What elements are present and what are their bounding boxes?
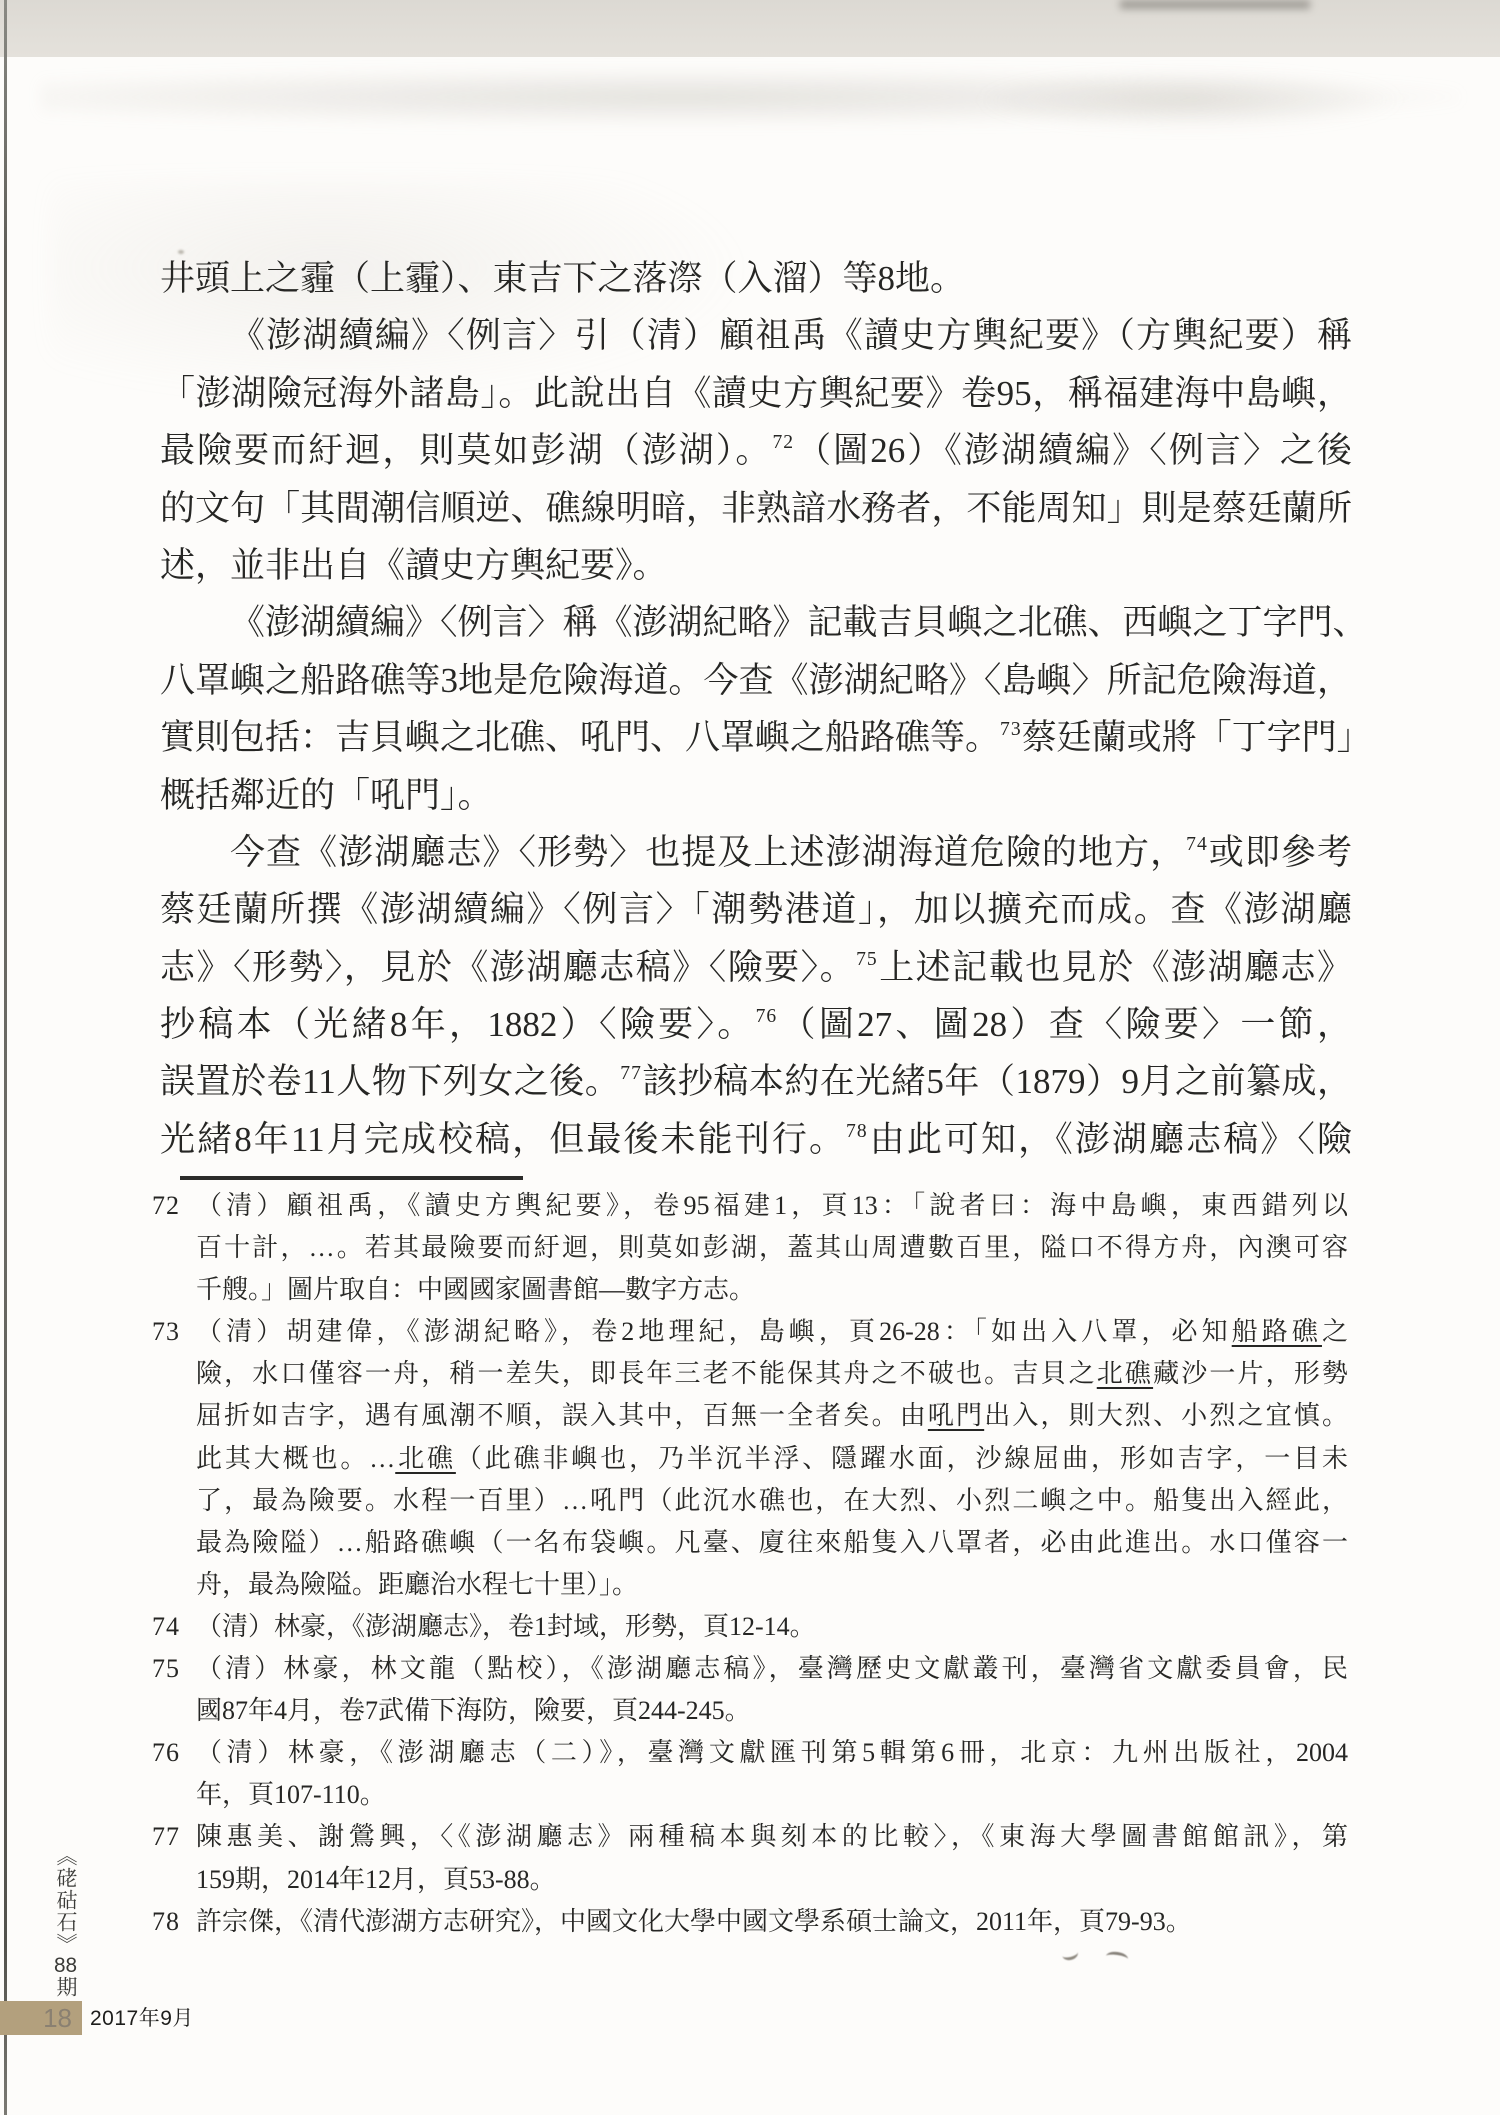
footnote-ref: 76 <box>756 1006 778 1027</box>
main-text-line: 最險要而紆迴，則莫如彭湖（澎湖）。72（圖26）《澎湖續編》〈例言〉之後 <box>160 422 1352 479</box>
main-text-line: 蔡廷蘭所撰《澎湖續編》〈例言〉「潮勢港道」，加以擴充而成。查《澎湖廳 <box>160 881 1352 938</box>
footnote-line: 屈折如吉字，遇有風潮不順，誤入其中，百無一全者矣。由吼門出入，則大烈、小烈之宜慎… <box>196 1395 1348 1437</box>
text-run: （清）胡建偉，《澎湖紀略》，卷2地理紀，島嶼，頁26-28：「如出入八罩，必知 <box>196 1317 1232 1346</box>
text-run: 實則包括：吉貝嶼之北礁、吼門、八罩嶼之船路礁等。 <box>160 718 1000 757</box>
main-text-line: 志》〈形勢〉，見於《澎湖廳志稿》〈險要〉。75上述記載也見於《澎湖廳志》 <box>160 939 1352 996</box>
footnote-number: 75 <box>152 1648 192 1690</box>
footnote-line: 此其大概也。…北礁（此礁非嶼也，乃半沉半浮、隱躍水面，沙線屈曲，形如吉字，一目未 <box>196 1438 1348 1480</box>
footnote-line: 舟，最為險隘。距廳治水程七十里）」。 <box>196 1564 1348 1606</box>
text-run: 159期，2014年12月，頁53-88。 <box>196 1865 556 1894</box>
text-run: 八罩嶼之船路礁等3地是危險海道。今查《澎湖紀略》〈島嶼〉所記危險海道， <box>160 661 1352 700</box>
text-run: （清）林豪，《澎湖廳志（二）》，臺灣文獻匯刊第5輯第6冊，北京：九州出版社，20… <box>196 1738 1348 1767</box>
main-text-line: 述，並非出自《讀史方輿紀要》。 <box>160 537 1352 594</box>
text-run: 了，最為險要。水程一百里）…吼門（此沉水礁也，在大烈、小烈二嶼之中。船隻出入經此… <box>196 1486 1348 1515</box>
footnote-ref: 75 <box>856 949 878 970</box>
footnote-ref: 72 <box>772 432 794 453</box>
underlined-term: 北礁 <box>395 1444 456 1473</box>
footnote-number: 78 <box>152 1901 192 1943</box>
scan-artifact <box>1105 1951 1128 1965</box>
scan-artifact <box>980 70 1400 130</box>
footnote-line: 72（清）顧祖禹，《讀史方輿紀要》，卷95福建1，頁13：「說者曰：海中島嶼，東… <box>196 1185 1348 1227</box>
main-text-line: 井頭上之霾（上霾）、東吉下之落漈（入溜）等8地。 <box>160 250 1352 307</box>
footnote-line: 百十計，…。若其最險要而紆迴，則莫如彭湖，蓋其山周遭數百里，隘口不得方舟，內澳可… <box>196 1227 1348 1269</box>
text-run: （此礁非嶼也，乃半沉半浮、隱躍水面，沙線屈曲，形如吉字，一目未 <box>456 1444 1348 1473</box>
main-text-line: 誤置於卷11人物下列女之後。77該抄稿本約在光緒5年（1879）9月之前纂成， <box>160 1053 1352 1110</box>
underlined-term: 北礁 <box>1097 1359 1153 1388</box>
text-run: 國87年4月，卷7武備下海防，險要，頁244-245。 <box>196 1696 751 1725</box>
text-run: 百十計，…。若其最險要而紆迴，則莫如彭湖，蓋其山周遭數百里，隘口不得方舟，內澳可… <box>196 1233 1348 1262</box>
text-run: 《澎湖續編》〈例言〉稱《澎湖紀略》記載吉貝嶼之北礁、西嶼之丁字門、 <box>230 603 1368 642</box>
footnote-line: 年，頁107-110。 <box>196 1774 1348 1816</box>
text-run: （清）顧祖禹，《讀史方輿紀要》，卷95福建1，頁13：「說者曰：海中島嶼，東西錯… <box>196 1191 1348 1220</box>
footnote-line: 了，最為險要。水程一百里）…吼門（此沉水礁也，在大烈、小烈二嶼之中。船隻出入經此… <box>196 1480 1348 1522</box>
journal-title-vertical: 《硓𥑮石》88期 <box>50 1845 80 2005</box>
footnote-line: 75（清）林豪，林文龍（點校），《澎湖廳志稿》，臺灣歷史文獻叢刊，臺灣省文獻委員… <box>196 1648 1348 1690</box>
footnotes: 72（清）顧祖禹，《讀史方輿紀要》，卷95福建1，頁13：「說者曰：海中島嶼，東… <box>196 1185 1348 1943</box>
text-run: 上述記載也見於《澎湖廳志》 <box>878 948 1352 987</box>
footnote-number: 77 <box>152 1816 192 1858</box>
text-run: 「澎湖險冠海外諸島」。此說出自《讀史方輿紀要》卷95，稱福建海中島嶼， <box>160 374 1352 413</box>
text-run: 最為險隘）…船路礁嶼（一名布袋嶼。凡臺、廈往來船隻入八罩者，必由此進出。水口僅容… <box>196 1528 1348 1557</box>
main-text-line: 概括鄰近的「吼門」。 <box>160 767 1352 824</box>
footnote-number: 76 <box>152 1732 192 1774</box>
footnote-ref: 77 <box>620 1063 642 1084</box>
issue-number: 88 <box>54 1955 77 1976</box>
scan-artifact <box>1061 1946 1079 1962</box>
text-run: 陳惠美、謝鶯興，〈《澎湖廳志》兩種稿本與刻本的比較〉，《東海大學圖書館館訊》，第 <box>196 1822 1348 1851</box>
text-run: 千艘。」圖片取自：中國國家圖書館—數字方志。 <box>196 1275 755 1304</box>
text-run: 屈折如吉字，遇有風潮不順，誤入其中，百無一全者矣。由 <box>196 1401 928 1430</box>
text-run: 今查《澎湖廳志》〈形勢〉也提及上述澎湖海道危險的地方， <box>230 833 1186 872</box>
text-run: 述，並非出自《讀史方輿紀要》。 <box>160 546 668 585</box>
main-text-line: 抄稿本（光緒8年，1882）〈險要〉。76（圖27、圖28）查〈險要〉一節， <box>160 996 1352 1053</box>
text-run: （圖26）《澎湖續編》〈例言〉之後 <box>794 431 1352 470</box>
journal-title-text: 《硓𥑮石》 <box>54 1845 77 1955</box>
footnote-number: 72 <box>152 1185 192 1227</box>
main-text-line: 《澎湖續編》〈例言〉引（清）顧祖禹《讀史方輿紀要》（方輿紀要）稱 <box>160 307 1352 364</box>
page-number-badge: 18 <box>0 2001 82 2035</box>
text-run: 井頭上之霾（上霾）、東吉下之落漈（入溜）等8地。 <box>160 259 965 298</box>
text-run: 誤置於卷11人物下列女之後。 <box>160 1062 620 1101</box>
main-text-line: 《澎湖續編》〈例言〉稱《澎湖紀略》記載吉貝嶼之北礁、西嶼之丁字門、 <box>160 594 1352 651</box>
main-text-line: 的文句「其間潮信順逆、礁線明暗，非熟諳水務者，不能周知」則是蔡廷蘭所 <box>160 480 1352 537</box>
main-text-line: 今查《澎湖廳志》〈形勢〉也提及上述澎湖海道危險的地方，74或即參考 <box>160 824 1352 881</box>
footnote-line: 73（清）胡建偉，《澎湖紀略》，卷2地理紀，島嶼，頁26-28：「如出入八罩，必… <box>196 1311 1348 1353</box>
text-run: 該抄稿本約在光緒5年（1879）9月之前纂成， <box>642 1062 1352 1101</box>
text-run: 出入，則大烈、小烈之宜慎。 <box>984 1401 1348 1430</box>
scan-artifact <box>1120 0 1310 9</box>
footnote-line: 74（清）林豪，《澎湖廳志》，卷1封域，形勢，頁12-14。 <box>196 1606 1348 1648</box>
main-text-line: 八罩嶼之船路礁等3地是危險海道。今查《澎湖紀略》〈島嶼〉所記危險海道， <box>160 652 1352 709</box>
text-run: 年，頁107-110。 <box>196 1780 386 1809</box>
text-run: 《澎湖續編》〈例言〉引（清）顧祖禹《讀史方輿紀要》（方輿紀要）稱 <box>230 316 1352 355</box>
text-run: 或即參考 <box>1208 833 1352 872</box>
text-run: 的文句「其間潮信順逆、礁線明暗，非熟諳水務者，不能周知」則是蔡廷蘭所 <box>160 489 1352 528</box>
text-run: 蔡廷蘭所撰《澎湖續編》〈例言〉「潮勢港道」，加以擴充而成。查《澎湖廳 <box>160 890 1352 929</box>
footnote-line: 78許宗傑，《清代澎湖方志研究》，中國文化大學中國文學系碩士論文，2011年，頁… <box>196 1901 1348 1943</box>
text-run: 最險要而紆迴，則莫如彭湖（澎湖）。 <box>160 431 772 470</box>
text-run: 志》〈形勢〉，見於《澎湖廳志稿》〈險要〉。 <box>160 948 856 987</box>
main-text: 井頭上之霾（上霾）、東吉下之落漈（入溜）等8地。《澎湖續編》〈例言〉引（清）顧祖… <box>160 250 1352 1168</box>
text-run: 概括鄰近的「吼門」。 <box>160 776 493 815</box>
footnote-line: 76（清）林豪，《澎湖廳志（二）》，臺灣文獻匯刊第5輯第6冊，北京：九州出版社，… <box>196 1732 1348 1774</box>
underlined-term: 吼門 <box>928 1401 984 1430</box>
underlined-term: 船路礁 <box>1232 1317 1322 1346</box>
scanned-journal-page: 井頭上之霾（上霾）、東吉下之落漈（入溜）等8地。《澎湖續編》〈例言〉引（清）顧祖… <box>0 0 1500 2115</box>
text-run: 之 <box>1322 1317 1348 1346</box>
text-run: 由此可知，《澎湖廳志稿》〈險 <box>868 1120 1352 1159</box>
text-run: （清）林豪，林文龍（點校），《澎湖廳志稿》，臺灣歷史文獻叢刊，臺灣省文獻委員會，… <box>196 1654 1348 1683</box>
main-text-line: 光緒8年11月完成校稿，但最後未能刊行。78由此可知，《澎湖廳志稿》〈險 <box>160 1111 1352 1168</box>
footnote-number: 73 <box>152 1311 192 1353</box>
footnote-line: 77陳惠美、謝鶯興，〈《澎湖廳志》兩種稿本與刻本的比較〉，《東海大學圖書館館訊》… <box>196 1816 1348 1858</box>
footnote-line: 國87年4月，卷7武備下海防，險要，頁244-245。 <box>196 1690 1348 1732</box>
text-run: 許宗傑，《清代澎湖方志研究》，中國文化大學中國文學系碩士論文，2011年，頁79… <box>196 1907 1192 1936</box>
issue-suffix: 期 <box>54 1976 77 1998</box>
footnote-ref: 78 <box>846 1121 868 1142</box>
text-run: 光緒8年11月完成校稿，但最後未能刊行。 <box>160 1120 846 1159</box>
footnote-line: 險，水口僅容一舟，稍一差失，即長年三老不能保其舟之不破也。吉貝之北礁藏沙一片，形… <box>196 1353 1348 1395</box>
page-number: 18 <box>43 2003 72 2033</box>
footnote-ref: 73 <box>1000 719 1022 740</box>
footnote-line: 最為險隘）…船路礁嶼（一名布袋嶼。凡臺、廈往來船隻入八罩者，必由此進出。水口僅容… <box>196 1522 1348 1564</box>
main-text-line: 實則包括：吉貝嶼之北礁、吼門、八罩嶼之船路礁等。73蔡廷蘭或將「丁字門」 <box>160 709 1352 766</box>
text-run: （清）林豪，《澎湖廳志》，卷1封域，形勢，頁12-14。 <box>196 1612 816 1641</box>
text-run: 舟，最為險隘。距廳治水程七十里）」。 <box>196 1570 638 1599</box>
footnote-ref: 74 <box>1186 834 1208 855</box>
issue-date: 2017年9月 <box>90 2001 194 2035</box>
footnote-line: 千艘。」圖片取自：中國國家圖書館—數字方志。 <box>196 1269 1348 1311</box>
footnote-separator <box>180 1176 523 1180</box>
text-run: 險，水口僅容一舟，稍一差失，即長年三老不能保其舟之不破也。吉貝之 <box>196 1359 1097 1388</box>
text-run: 此其大概也。… <box>196 1444 395 1473</box>
text-run: （圖27、圖28）查〈險要〉一節， <box>777 1005 1352 1044</box>
main-text-line: 「澎湖險冠海外諸島」。此說出自《讀史方輿紀要》卷95，稱福建海中島嶼， <box>160 365 1352 422</box>
footnote-line: 159期，2014年12月，頁53-88。 <box>196 1859 1348 1901</box>
text-run: 抄稿本（光緒8年，1882）〈險要〉。 <box>160 1005 756 1044</box>
text-run: 藏沙一片，形勢 <box>1153 1359 1348 1388</box>
text-run: 蔡廷蘭或將「丁字門」 <box>1022 718 1372 757</box>
left-scan-edge-line <box>4 0 7 2115</box>
footnote-number: 74 <box>152 1606 192 1648</box>
